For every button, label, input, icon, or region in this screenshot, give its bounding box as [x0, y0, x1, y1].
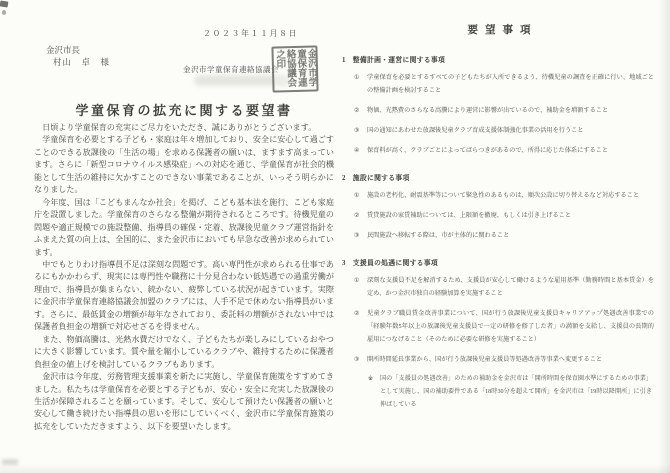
scanned-document: ２０２３年１１月８日 金沢市長 村山 卓 様 金沢市学童保育連絡協議会 金沢市学…	[0, 0, 670, 473]
request-item: ④ 保育料が高く、クラブごとによってばらつきがあるので、所得に応じた体系にするこ…	[340, 144, 658, 157]
item-marker: ②	[354, 104, 367, 117]
scan-corner-mark	[0, 0, 8, 7]
item-text: 賃貸施設の家賃補助については、上限額を撤廃、もしくは引き上げること	[367, 209, 658, 222]
footnote-marker: ※	[368, 373, 380, 412]
request-item: ② 賃貸施設の家賃補助については、上限額を撤廃、もしくは引き上げること	[340, 209, 658, 222]
request-item: ② 児童クラブ職員賃金改善事業について、国が行う放課後児童支援員キャリアアップ処…	[340, 307, 658, 346]
item-marker: ②	[354, 307, 367, 346]
item-marker: ①	[354, 71, 367, 97]
request-item: ① 学童保育を必要とするすべての子どもたちが入所できるよう、待機児童の調査を正確…	[340, 71, 658, 97]
sender-organization: 金沢市学童保育連絡協議会	[183, 64, 279, 75]
addressee: 金沢市長 村山 卓 様	[46, 44, 110, 68]
seal-text: 金沢市学童保育連絡協議会之印	[273, 48, 316, 89]
item-marker: ③	[354, 124, 367, 137]
item-text: 学童保育を必要とするすべての子どもたちが入所できるよう、待機児童の調査を正確に行…	[367, 71, 658, 97]
scan-speck	[2, 10, 6, 15]
addressee-title: 金沢市長	[46, 44, 110, 56]
section-title: 3 支援員の処遇に関する事項	[342, 257, 658, 267]
date: ２０２３年１１月８日	[203, 28, 298, 39]
scan-shadow-right	[658, 0, 670, 473]
body-paragraph: また、物価高騰は、光熱水費だけでなく、子どもたちが楽しみにしているおやつに大きく…	[34, 334, 334, 371]
document-title: 学童保育の拡充に関する要望書	[34, 100, 334, 119]
item-text: 施設の老朽化、耐震基準等について緊急性のあるものは、順次公設に切り替えるなど対応…	[367, 189, 658, 202]
item-marker: ①	[354, 189, 367, 202]
item-text: 深刻な支援員不足を解消するため、支援員が安心して働けるような雇用基準（勤務時間と…	[367, 274, 658, 300]
item-marker: ①	[354, 274, 367, 300]
request-item: ③ 国の通知にあわせた放課後児童クラブ育成支援体制強化事業の活用を行うこと	[340, 124, 658, 137]
request-item: ③ 開所時間延長事業から、国が行う放課後児童支援員等処遇改善等事業へ変更すること	[340, 353, 658, 366]
item-marker: ②	[354, 209, 367, 222]
item-text: 児童クラブ職員賃金改善事業について、国が行う放課後児童支援員キャリアアップ処遇改…	[367, 307, 658, 346]
item-marker: ③	[354, 353, 367, 366]
footnote-text: 国の「支援員の処遇改善」のための補助金を金沢市は「開所時間を保育園水準にするため…	[380, 373, 658, 412]
item-marker: ④	[354, 144, 367, 157]
body-paragraph: 今年度、国は「こどもまんなか社会」を掲げ、こども基本法を施行、こども家庭庁を設置…	[34, 197, 334, 259]
footnote: ※ 国の「支援員の処遇改善」のための補助金を金沢市は「開所時間を保育園水準にする…	[340, 373, 658, 412]
section-title: 2 施設に関する事項	[342, 172, 658, 182]
scan-shadow-bottom	[0, 464, 670, 473]
body-paragraph: 日頃より学童保育の充実にご尽力をいただき、誠にありがとうございます。	[34, 122, 334, 134]
request-items-page: 要望事項 1 整備計画・運営に関する事項 ① 学童保育を必要とするすべての子ども…	[340, 0, 658, 412]
body-paragraph: 学童保育を必要とする子ども・家庭は年々増加しており、安全に安心して過ごすことので…	[34, 134, 334, 196]
request-item: ② 物価、光熱費のさらなる高騰により運営に影響が出ているので、補助金を増額するこ…	[340, 104, 658, 117]
letter-body: 日頃より学童保育の充実にご尽力をいただき、誠にありがとうございます。 学童保育を…	[34, 122, 334, 433]
body-paragraph: 中でもとりわけ指導員不足は深刻な問題です。高い専門性が求められる仕事であるにもか…	[34, 259, 334, 334]
item-text: 開所時間延長事業から、国が行う放課後児童支援員等処遇改善等事業へ変更すること	[367, 353, 658, 366]
addressee-name: 村山 卓 様	[53, 56, 110, 68]
item-text: 物価、光熱費のさらなる高騰により運営に影響が出ているので、補助金を増額すること	[367, 104, 658, 117]
item-text: 国の通知にあわせた放課後児童クラブ育成支援体制強化事業の活用を行うこと	[367, 124, 658, 137]
organization-seal-stamp: 金沢市学童保育連絡協議会之印	[271, 45, 318, 92]
letter-page: ２０２３年１１月８日 金沢市長 村山 卓 様 金沢市学童保育連絡協議会 金沢市学…	[34, 24, 334, 454]
section-title: 1 整備計画・運営に関する事項	[342, 54, 658, 64]
item-text: 保育料が高く、クラブごとによってばらつきがあるので、所得に応じた体系にすること	[367, 144, 658, 157]
request-item: ① 施設の老朽化、耐震基準等について緊急性のあるものは、順次公設に切り替えるなど…	[340, 189, 658, 202]
item-marker: ③	[354, 229, 367, 242]
item-text: 民間施設へ移転する際は、市が主体的に関わること	[367, 229, 658, 242]
request-item: ① 深刻な支援員不足を解消するため、支援員が安心して働けるような雇用基準（勤務時…	[340, 274, 658, 300]
request-item: ③ 民間施設へ移転する際は、市が主体的に関わること	[340, 229, 658, 242]
request-items-heading: 要望事項	[340, 22, 658, 37]
body-paragraph: 金沢市は今年度、労務管理支援事業を新たに実施し、学童保育施策をすすめてきました。…	[34, 371, 334, 433]
